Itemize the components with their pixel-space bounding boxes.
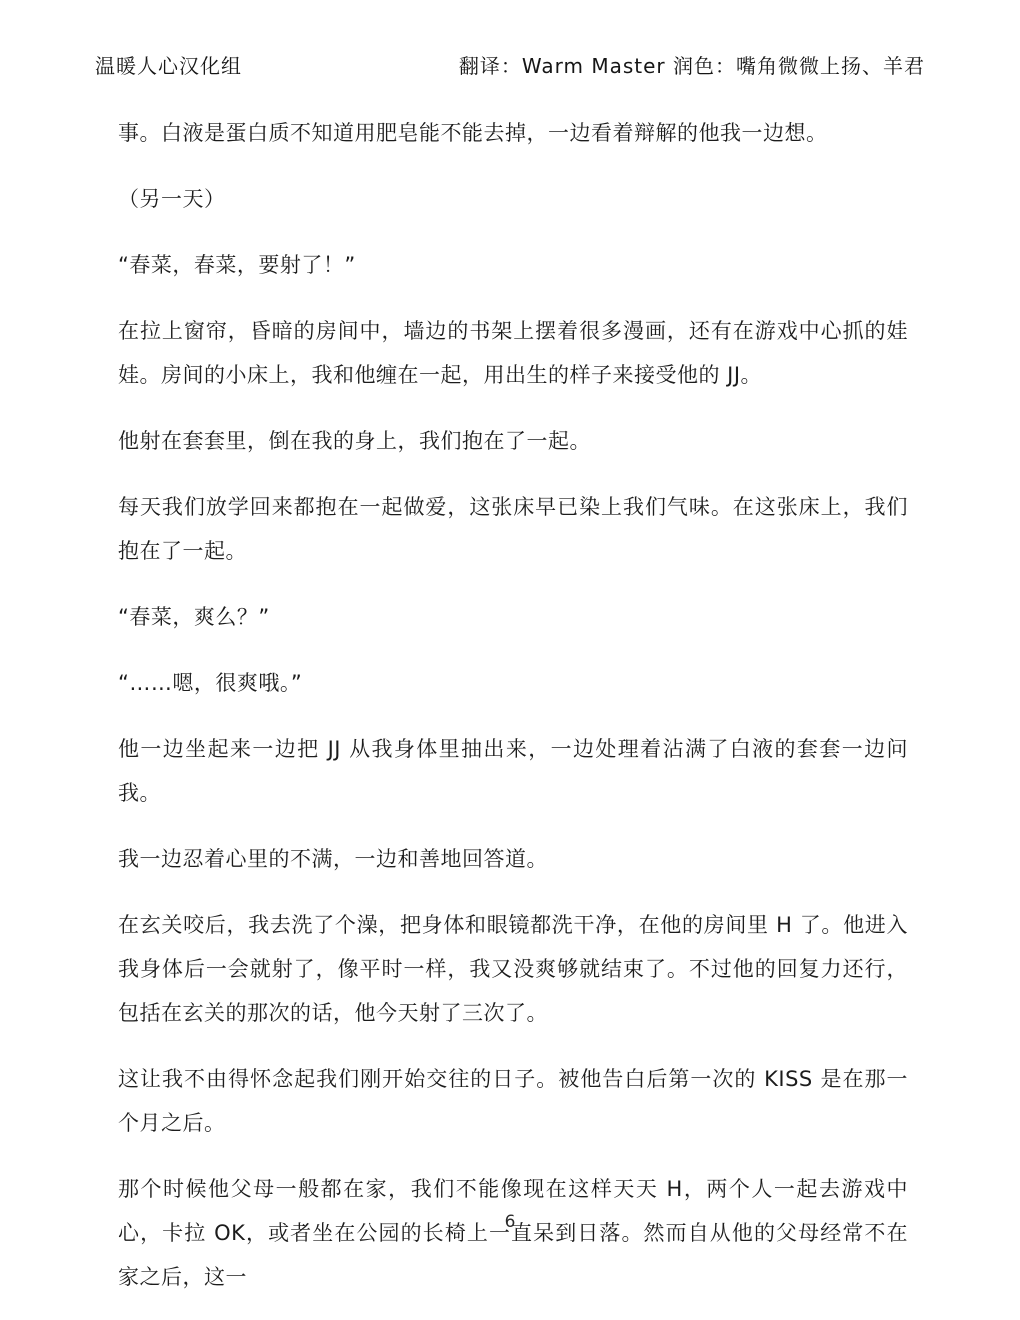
paragraph: 在玄关咬后，我去洗了个澡，把身体和眼镜都洗干净，在他的房间里 H 了。他进入我身…: [118, 903, 908, 1035]
page-number: 6: [505, 1212, 516, 1232]
translation-group-name: 温暖人心汉化组: [95, 52, 242, 80]
paragraph: 在拉上窗帘，昏暗的房间中，墙边的书架上摆着很多漫画，还有在游戏中心抓的娃娃。房间…: [118, 309, 908, 397]
document-page: 温暖人心汉化组 翻译：Warm Master 润色：嘴角微微上扬、羊君 事。白液…: [0, 0, 1020, 1320]
paragraph: （另一天）: [118, 177, 908, 221]
paragraph: “春菜，春菜，要射了！”: [118, 243, 908, 287]
paragraph: 我一边忍着心里的不满，一边和善地回答道。: [118, 837, 908, 881]
page-header: 温暖人心汉化组 翻译：Warm Master 润色：嘴角微微上扬、羊君: [0, 0, 1020, 80]
paragraph: “春菜，爽么？”: [118, 595, 908, 639]
paragraph: 他射在套套里，倒在我的身上，我们抱在了一起。: [118, 419, 908, 463]
translator-credits: 翻译：Warm Master 润色：嘴角微微上扬、羊君: [459, 52, 925, 80]
page-footer: 6: [0, 1212, 1020, 1232]
paragraph: 他一边坐起来一边把 JJ 从我身体里抽出来，一边处理着沾满了白液的套套一边问我。: [118, 727, 908, 815]
paragraph: 事。白液是蛋白质不知道用肥皂能不能去掉，一边看着辩解的他我一边想。: [118, 111, 908, 155]
paragraph: 每天我们放学回来都抱在一起做爱，这张床早已染上我们气味。在这张床上，我们抱在了一…: [118, 485, 908, 573]
paragraph: “……嗯，很爽哦。”: [118, 661, 908, 705]
document-body: 事。白液是蛋白质不知道用肥皂能不能去掉，一边看着辩解的他我一边想。（另一天）“春…: [0, 80, 1020, 1299]
paragraph: 这让我不由得怀念起我们刚开始交往的日子。被他告白后第一次的 KISS 是在那一个…: [118, 1057, 908, 1145]
paragraph: 那个时候他父母一般都在家，我们不能像现在这样天天 H，两个人一起去游戏中心，卡拉…: [118, 1167, 908, 1299]
